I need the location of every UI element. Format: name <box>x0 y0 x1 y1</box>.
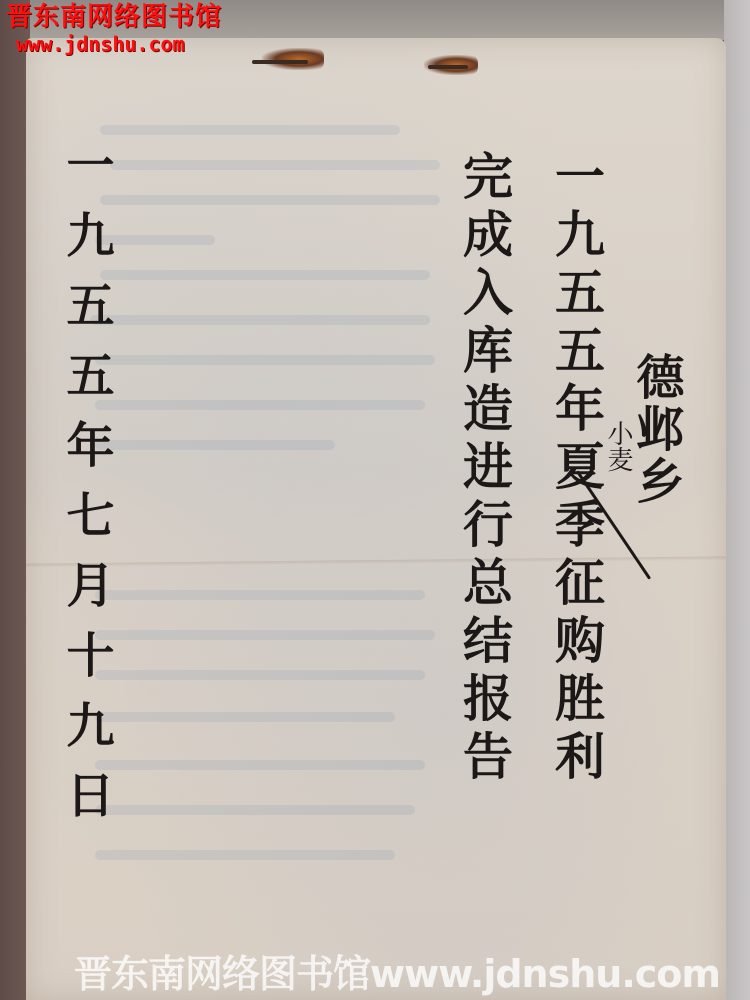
rust-stain-left <box>262 48 324 70</box>
bleed-through-line <box>95 670 425 680</box>
watermark-bottom: 晋东南网络图书馆www.jdnshu.com <box>74 952 720 996</box>
bleed-through-line <box>95 850 395 860</box>
bleed-through-line <box>110 160 440 170</box>
watermark-url: www.jdnshu.com <box>16 32 222 56</box>
staple-left <box>252 60 308 64</box>
watermark-title: 晋东南网络图书馆 <box>6 2 222 32</box>
bleed-through-line <box>95 355 435 365</box>
bleed-through-line <box>95 760 425 770</box>
backdrop-right <box>724 0 750 1000</box>
staple-right <box>428 65 468 69</box>
watermark-top: 晋东南网络图书馆 www.jdnshu.com <box>6 2 222 56</box>
inserted-text: 小麦 <box>600 420 637 472</box>
bleed-through-line <box>95 400 425 410</box>
bleed-through-line <box>100 270 430 280</box>
bleed-through-line <box>90 315 430 325</box>
bleed-through-line <box>95 590 425 600</box>
bleed-through-line <box>100 125 400 135</box>
bleed-through-line <box>95 440 335 450</box>
date-line: 一九五五年七月十九日 <box>52 140 121 840</box>
bleed-through-line <box>95 630 435 640</box>
second-text-line: 完成入库造进行总结报告 <box>448 150 520 788</box>
bleed-through-line <box>100 195 440 205</box>
bleed-through-line <box>95 805 415 815</box>
bleed-through-line <box>95 712 395 722</box>
